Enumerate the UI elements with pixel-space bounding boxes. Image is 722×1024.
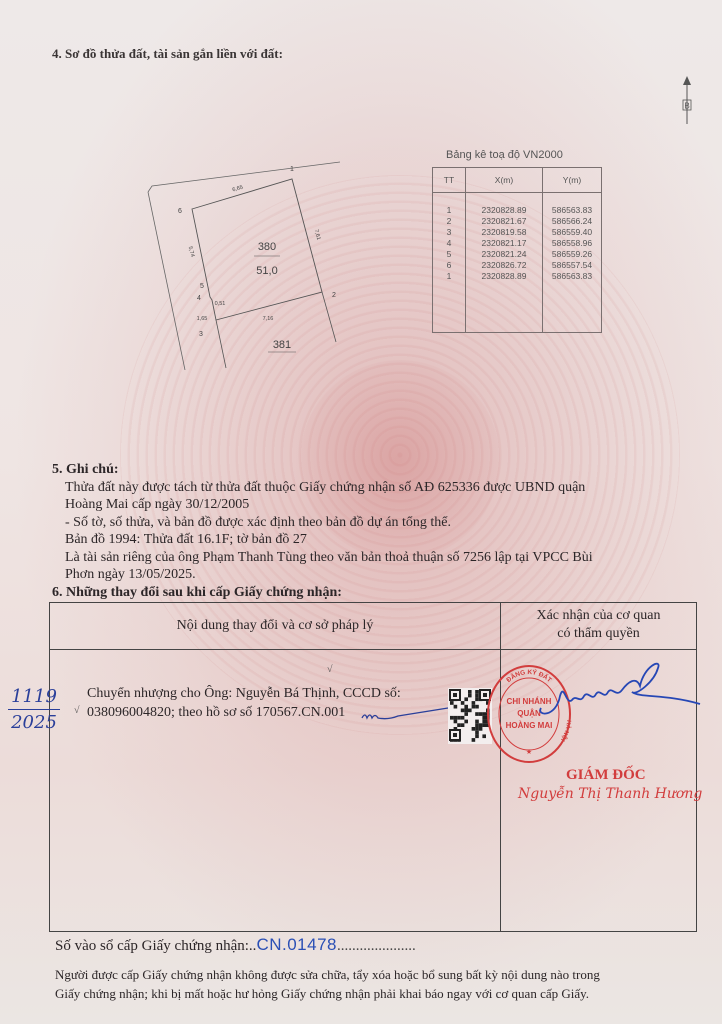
coordinate-table: TT X(m) Y(m) 12320828.89586563.832232082… bbox=[432, 167, 602, 333]
handwritten-entry-number: 1119 2025 bbox=[8, 686, 60, 733]
col-confirmation-header: Xác nhận của cơ quan có thẩm quyền bbox=[501, 607, 696, 643]
coordinate-row: 32320819.58586559.40 bbox=[433, 226, 602, 237]
svg-text:1,65: 1,65 bbox=[197, 316, 208, 322]
svg-text:5: 5 bbox=[200, 283, 204, 290]
column-divider bbox=[500, 603, 501, 931]
coord-header-tt: TT bbox=[433, 168, 466, 193]
signer-title: GIÁM ĐỐC bbox=[566, 767, 646, 784]
director-signature bbox=[536, 656, 706, 726]
note-line: - Số tờ, số thửa, và bản đồ được xác địn… bbox=[65, 514, 692, 532]
svg-text:6,65: 6,65 bbox=[232, 185, 244, 194]
svg-text:5,74: 5,74 bbox=[187, 246, 196, 258]
note-line: Là tài sản riêng của ông Phạm Thanh Tùng… bbox=[65, 549, 692, 567]
coordinate-table-caption: Bảng kê toạ độ VN2000 bbox=[446, 149, 563, 161]
north-arrow-icon: B bbox=[680, 76, 694, 126]
notes-body: Thửa đất này được tách từ thửa đất thuộc… bbox=[52, 479, 692, 584]
check-mark: √ bbox=[74, 705, 80, 716]
handwritten-number-bottom: 2025 bbox=[8, 710, 60, 733]
svg-text:7,61: 7,61 bbox=[313, 229, 322, 241]
handwritten-number-top: 1119 bbox=[8, 686, 60, 710]
footer-line2: Giấy chứng nhận; khi bị mất hoặc hư hỏng… bbox=[55, 984, 695, 1003]
coordinate-row: 52320821.24586559.26 bbox=[433, 248, 602, 259]
change-entry-line1: Chuyển nhượng cho Ông: Nguyễn Bá Thịnh, … bbox=[87, 684, 427, 703]
col-content-header: Nội dung thay đổi và cơ sở pháp lý bbox=[50, 618, 500, 634]
svg-text:0,51: 0,51 bbox=[215, 301, 226, 307]
note-line: Phơn ngày 13/05/2025. bbox=[65, 566, 692, 584]
signer-name: Nguyễn Thị Thanh Hương bbox=[518, 786, 702, 802]
section4-title: 4. Sơ đồ thửa đất, tài sản gắn liền với … bbox=[52, 46, 283, 62]
svg-text:B: B bbox=[684, 102, 689, 111]
col-confirmation-header-line1: Xác nhận của cơ quan bbox=[501, 607, 696, 625]
note-line: Bản đồ 1994: Thửa đất 16.1F; tờ bản đồ 2… bbox=[65, 531, 692, 549]
registration-number-value: CN.01478 bbox=[256, 935, 337, 954]
coord-header-x: X(m) bbox=[466, 168, 543, 193]
registration-number-dots: ..................... bbox=[337, 938, 416, 954]
col-confirmation-header-line2: có thẩm quyền bbox=[501, 625, 696, 643]
svg-text:380: 380 bbox=[258, 241, 276, 253]
coordinate-row: 12320828.89586563.83 bbox=[433, 204, 602, 215]
note-line: Hoàng Mai cấp ngày 30/12/2005 bbox=[65, 496, 692, 514]
svg-text:7,16: 7,16 bbox=[263, 316, 274, 322]
initials-signature bbox=[360, 706, 450, 726]
svg-text:2: 2 bbox=[332, 292, 336, 299]
footer-line1: Người được cấp Giấy chứng nhận không đượ… bbox=[55, 965, 695, 984]
check-mark: √ bbox=[327, 664, 333, 675]
svg-text:1: 1 bbox=[290, 166, 294, 173]
coord-header-y: Y(m) bbox=[543, 168, 602, 193]
note-line: Thửa đất này được tách từ thửa đất thuộc… bbox=[65, 479, 692, 497]
section5-title: 5. Ghi chú: bbox=[52, 461, 692, 479]
notes-section: 5. Ghi chú: Thửa đất này được tách từ th… bbox=[52, 461, 692, 584]
coordinate-row: 62320826.72586557.54 bbox=[433, 259, 602, 270]
registration-number-label: Số vào sổ cấp Giấy chứng nhận:.. bbox=[55, 938, 256, 954]
svg-text:4: 4 bbox=[197, 295, 201, 302]
svg-text:381: 381 bbox=[273, 339, 291, 351]
registration-number-row: Số vào sổ cấp Giấy chứng nhận:..CN.01478… bbox=[55, 935, 416, 955]
plot-sketch: 380 51,0 381 1 2 3 4 5 6 6,65 7,61 5,74 … bbox=[140, 150, 360, 370]
footer-warning: Người được cấp Giấy chứng nhận không đượ… bbox=[55, 965, 695, 1003]
svg-text:6: 6 bbox=[178, 208, 182, 215]
coordinate-row: 12320828.89586563.83 bbox=[433, 270, 602, 281]
svg-text:3: 3 bbox=[199, 331, 203, 338]
section6-title: 6. Những thay đổi sau khi cấp Giấy chứng… bbox=[52, 585, 342, 601]
coordinate-row: 22320821.67586566.24 bbox=[433, 215, 602, 226]
svg-text:51,0: 51,0 bbox=[256, 265, 277, 277]
coordinate-row: 42320821.17586558.96 bbox=[433, 237, 602, 248]
svg-text:★: ★ bbox=[526, 748, 532, 756]
